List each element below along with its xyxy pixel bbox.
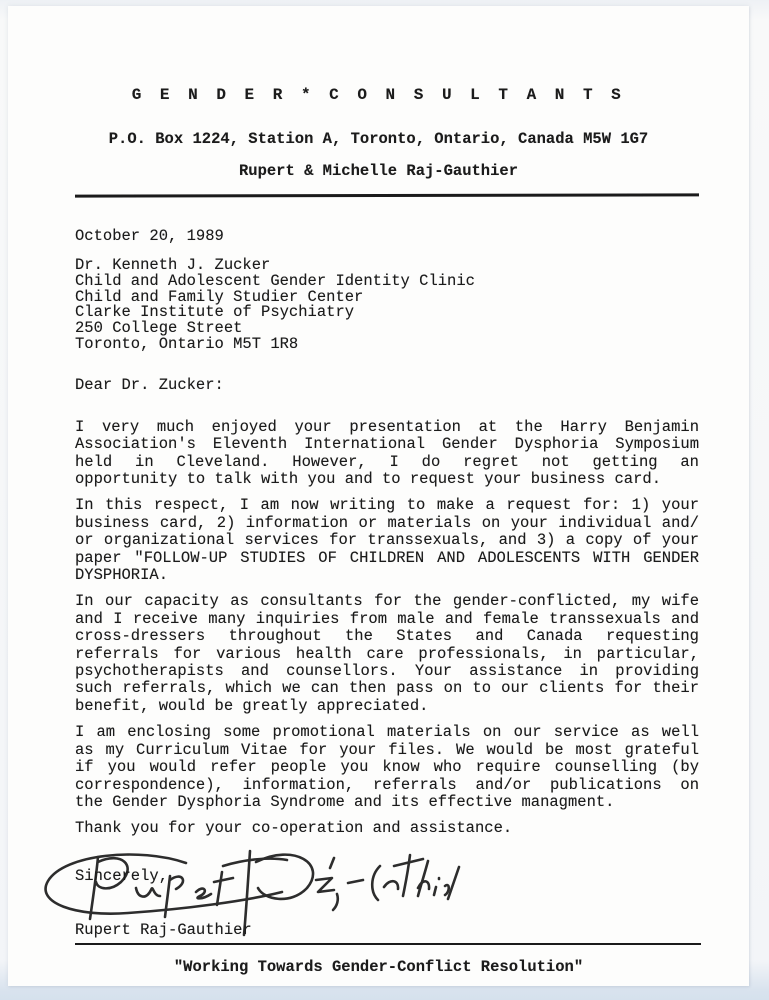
paragraph-line: Thank you for your co-operation and assi… <box>75 820 699 837</box>
letterhead-company-name: G E N D E R * C O N S U L T A N T S <box>8 6 749 104</box>
paragraph-line: held in Cleveland. However, I do regret … <box>75 454 699 471</box>
paragraph-line: cross-dressers throughout the States and… <box>75 628 699 645</box>
body-paragraph: I very much enjoyed your presentation at… <box>75 419 699 489</box>
paragraph-line: Association's Eleventh International Gen… <box>75 436 699 453</box>
paragraph-line: I very much enjoyed your presentation at… <box>75 419 699 436</box>
body-paragraph: Thank you for your co-operation and assi… <box>75 820 699 837</box>
body-paragraph: I am enclosing some promotional material… <box>75 724 699 811</box>
paragraph-line: psychotherapists and counsellors. Your a… <box>75 663 699 680</box>
typed-signature-name: Rupert Raj-Gauthier <box>75 921 699 939</box>
paragraph-line: In this respect, I am now writing to mak… <box>75 497 699 514</box>
footer-slogan: "Working Towards Gender-Conflict Resolut… <box>8 958 749 976</box>
paragraph-line: In our capacity as consultants for the g… <box>75 593 699 610</box>
letterhead-principals: Rupert & Michelle Raj-Gauthier <box>8 162 749 180</box>
paragraph-line: I am enclosing some promotional material… <box>75 724 699 741</box>
paragraph-line: such referrals, which we can then pass o… <box>75 680 699 697</box>
paragraph-line: the Gender Dysphoria Syndrome and its ef… <box>75 794 699 811</box>
paragraph-line: paper "FOLLOW-UP STUDIES OF CHILDREN AND… <box>75 550 699 567</box>
recipient-address-line: Toronto, Ontario M5T 1R8 <box>75 337 699 353</box>
letterhead-divider-rule <box>75 193 699 197</box>
paragraph-line: benefit, would be greatly appreciated. <box>75 698 699 715</box>
paragraph-line: DYSPHORIA. <box>75 567 699 584</box>
paragraph-line: referrals for various health care profes… <box>75 646 699 663</box>
paragraph-line: business card, 2) information or materia… <box>75 515 699 532</box>
paragraph-line: as my Curriculum Vitae for your files. W… <box>75 742 699 759</box>
recipient-address-block: Dr. Kenneth J. ZuckerChild and Adolescen… <box>75 258 699 353</box>
paragraph-line: and I receive many inquiries from male a… <box>75 611 699 628</box>
paragraph-line: correspondence), information, referrals … <box>75 777 699 794</box>
body-paragraph: In our capacity as consultants for the g… <box>75 593 699 715</box>
letterhead-address: P.O. Box 1224, Station A, Toronto, Ontar… <box>8 130 749 148</box>
letter-body: I very much enjoyed your presentation at… <box>75 419 699 838</box>
paragraph-line: or organizational services for transsexu… <box>75 532 699 549</box>
salutation: Dear Dr. Zucker: <box>75 376 699 394</box>
letter-date: October 20, 1989 <box>75 227 699 245</box>
footer-divider-rule <box>75 943 701 945</box>
closing-sincerely: Sincerely, <box>75 867 699 885</box>
paragraph-line: opportunity to talk with you and to requ… <box>75 471 699 488</box>
letter-page: G E N D E R * C O N S U L T A N T S P.O.… <box>8 6 749 986</box>
body-paragraph: In this respect, I am now writing to mak… <box>75 497 699 584</box>
paragraph-line: if you would refer people you know who r… <box>75 759 699 776</box>
